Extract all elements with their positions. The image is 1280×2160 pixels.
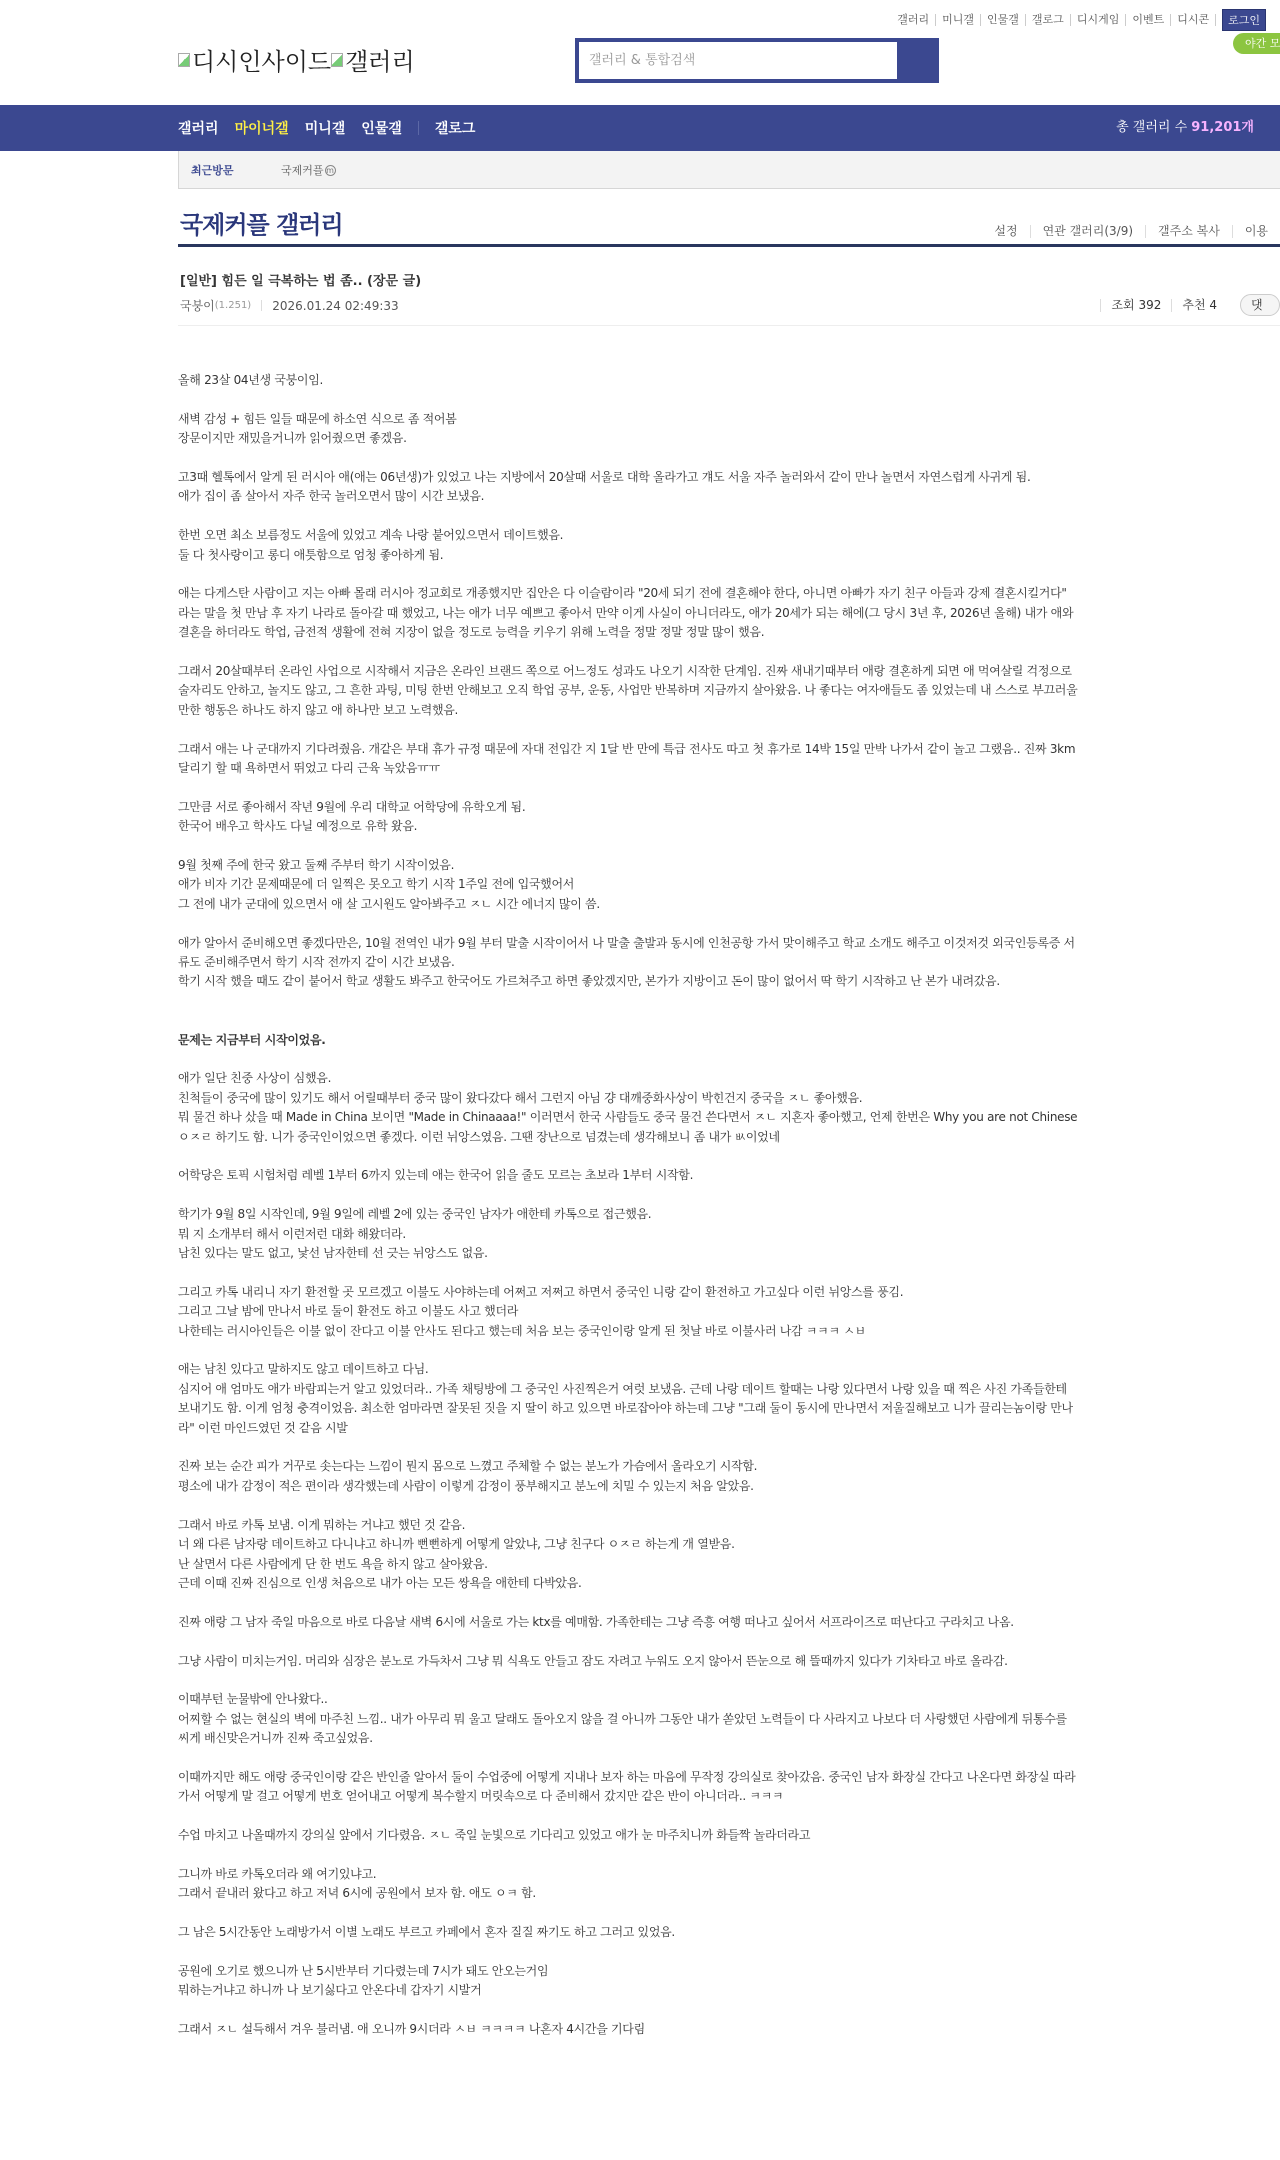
body-line: 그래서 바로 카톡 보냄. 이게 뭐하는 거냐고 했던 것 같음. <box>178 1516 1078 1535</box>
body-line: 애는 다게스탄 사람이고 지는 아빠 몰래 러시아 정교회로 개종했지만 집안은… <box>178 584 1078 642</box>
body-line: 어찌할 수 없는 현실의 벽에 마주친 느낌.. 내가 아무리 뭐 울고 달래도… <box>178 1710 1078 1749</box>
body-line: 둘 다 첫사랑이고 롱디 애틋함으로 엄청 좋아하게 됨. <box>178 546 1078 565</box>
body-line: 남친 있다는 말도 없고, 낯선 남자한테 선 긋는 뉘앙스도 없음. <box>178 1244 1078 1263</box>
comment-button[interactable]: 댓 <box>1240 294 1280 316</box>
post-date: 2026.01.24 02:49:33 <box>272 299 398 313</box>
recent-visit-bar: 최근방문 국제커플m <box>178 151 1280 189</box>
nav-item[interactable]: 인물갤 <box>361 118 402 138</box>
recommend-count: 추천 4 <box>1171 299 1227 312</box>
nav-item[interactable]: 갤러리 <box>178 118 219 138</box>
body-line: 근데 이때 진짜 진심으로 인생 처음으로 내가 아는 모든 쌍욕을 애한테 다… <box>178 1574 1078 1593</box>
body-line: 애가 비자 기간 문제때문에 더 일찍은 못오고 학기 시작 1주일 전에 입국… <box>178 875 1078 894</box>
body-line <box>178 1943 1078 1962</box>
body-line: 9월 첫째 주에 한국 왔고 둘째 주부터 학기 시작이었음. <box>178 856 1078 875</box>
body-line <box>178 2001 1078 2020</box>
minor-gallery-icon: m <box>325 165 336 176</box>
body-line: 문제는 지금부터 시작이었음. <box>178 1031 1078 1050</box>
body-line: 그래서 20살때부터 온라인 사업으로 시작해서 지금은 온라인 브랜드 쪽으로… <box>178 662 1078 720</box>
body-line: 뭐 지 소개부터 해서 이런저런 대화 해왔더라. <box>178 1225 1078 1244</box>
night-mode-button[interactable]: 야간 모드 <box>1233 33 1280 54</box>
gallery-link[interactable]: 연관 갤러리(3/9) <box>1030 225 1145 238</box>
body-line <box>178 1904 1078 1923</box>
search-input[interactable] <box>579 42 897 79</box>
body-line <box>178 1496 1078 1515</box>
gallery-link[interactable]: 이용 <box>1232 225 1280 238</box>
body-line <box>178 643 1078 662</box>
body-line: 그니까 바로 카톡오더라 왜 여기있냐고. <box>178 1865 1078 1884</box>
top-link[interactable]: 디시콘 <box>1171 14 1216 26</box>
gallery-link[interactable]: 설정 <box>982 225 1029 238</box>
body-line: 뭐 물건 하나 샀을 때 Made in China 보이면 "Made in … <box>178 1108 1078 1147</box>
body-line: 그만큼 서로 좋아해서 작년 9월에 우리 대학교 어학당에 유학오게 됨. <box>178 798 1078 817</box>
top-link[interactable]: 갤러리 <box>891 14 936 26</box>
post-stats: 조회 392 추천 4 댓 <box>1100 294 1280 316</box>
body-line <box>178 1749 1078 1768</box>
body-line <box>178 1593 1078 1612</box>
total-gallery-count: 총 갤러리 수 91,201개 <box>1116 105 1254 151</box>
body-line: 학기 시작 했을 때도 같이 붙어서 학교 생활도 봐주고 한국어도 가르쳐주고… <box>178 972 1078 991</box>
login-button[interactable]: 로그인 <box>1222 9 1266 31</box>
body-line: 올해 23살 04년생 국붕이임. <box>178 371 1078 390</box>
body-line: 이때까지만 해도 애랑 중국인이랑 같은 반인줄 알아서 둘이 수업중에 어떻게… <box>178 1768 1078 1807</box>
body-line: 진짜 보는 순간 피가 거꾸로 솟는다는 느낌이 뭔지 몸으로 느꼈고 주체할 … <box>178 1457 1078 1476</box>
post-author-ip: (1.251) <box>215 300 251 311</box>
search-box <box>575 38 939 83</box>
body-line: 그냥 사람이 미치는거임. 머리와 심장은 분노로 가득차서 그냥 뭐 식욕도 … <box>178 1652 1078 1671</box>
body-line <box>178 1186 1078 1205</box>
body-line <box>178 914 1078 933</box>
body-line: 애가 일단 친중 사상이 심했음. <box>178 1069 1078 1088</box>
gallery-links: 설정연관 갤러리(3/9)갤주소 복사이용 <box>982 225 1280 238</box>
body-line: 장문이지만 재밌을거니까 읽어줬으면 좋겠음. <box>178 429 1078 448</box>
post-body: 올해 23살 04년생 국붕이임.새벽 감성 + 힘든 일들 때문에 하소연 식… <box>178 371 1078 2040</box>
top-link[interactable]: 이벤트 <box>1126 14 1171 26</box>
count-label: 총 갤러리 수 <box>1116 120 1191 135</box>
body-line <box>178 992 1078 1011</box>
body-line: 학기가 9월 8일 시작인데, 9월 9일에 레벨 2에 있는 중국인 남자가 … <box>178 1205 1078 1224</box>
body-line: 친척들이 중국에 많이 있기도 해서 어릴때부터 중국 많이 왔다갔다 해서 그… <box>178 1089 1078 1108</box>
main-nav-items: 갤러리마이너갤미니갤인물갤갤로그 <box>178 105 491 151</box>
post-meta: 국붕이(1.251) 2026.01.24 02:49:33 <box>180 297 399 314</box>
body-line: 애는 남친 있다고 말하지도 않고 데이트하고 다님. <box>178 1360 1078 1379</box>
body-line <box>178 1147 1078 1166</box>
body-line <box>178 1050 1078 1069</box>
body-line <box>178 1846 1078 1865</box>
body-line: 그리고 카톡 내리니 자기 환전할 곳 모르겠고 이불도 사야하는데 어쩌고 저… <box>178 1283 1078 1302</box>
body-line: 심지어 애 엄마도 애가 바람피는거 알고 있었더라.. 가족 채팅방에 그 중… <box>178 1380 1078 1438</box>
top-link[interactable]: 갤로그 <box>1026 14 1071 26</box>
gallery-header: 국제커플 갤러리 설정연관 갤러리(3/9)갤주소 복사이용 <box>178 195 1280 247</box>
recent-gallery-link[interactable]: 국제커플m <box>281 162 336 178</box>
body-line <box>178 1341 1078 1360</box>
nav-divider <box>418 121 419 135</box>
body-line <box>178 1632 1078 1651</box>
post-author[interactable]: 국붕이 <box>180 297 215 314</box>
post-title: [일반] 힘든 일 극복하는 법 좀.. (장문 글) <box>180 270 421 289</box>
body-line <box>178 565 1078 584</box>
body-line: 그 전에 내가 군대에 있으면서 애 살 고시원도 알아봐주고 ㅈㄴ 시간 에너… <box>178 895 1078 914</box>
nav-item[interactable]: 마이너갤 <box>235 118 289 138</box>
body-line <box>178 1671 1078 1690</box>
body-line: 한국어 배우고 학사도 다닐 예정으로 유학 왔음. <box>178 817 1078 836</box>
body-line: 수업 마치고 나올때까지 강의실 앞에서 기다렸음. ㅈㄴ 죽일 눈빛으로 기다… <box>178 1826 1078 1845</box>
body-line: 진짜 애랑 그 남자 죽일 마음으로 바로 다음날 새벽 6시에 서울로 가는 … <box>178 1613 1078 1632</box>
body-line: 그래서 애는 나 군대까지 기다려줬음. 개같은 부대 휴가 규정 때문에 자대… <box>178 740 1078 779</box>
body-line: 애가 집이 좀 살아서 자주 한국 놀러오면서 많이 시간 보냈음. <box>178 487 1078 506</box>
body-line: 애가 알아서 준비해오면 좋겠다만은, 10월 전역인 내가 9월 부터 말출 … <box>178 934 1078 973</box>
broken-image-icon <box>331 53 343 67</box>
logo-section-text: 갤러리 <box>345 42 415 77</box>
top-link[interactable]: 미니갤 <box>936 14 981 26</box>
count-value: 91,201개 <box>1191 120 1254 135</box>
body-line: 너 왜 다른 남자랑 데이트하고 다니냐고 하니까 뻔뻔하게 어떻게 알았냐, … <box>178 1535 1078 1554</box>
body-line <box>178 390 1078 409</box>
body-line: 그리고 그날 밤에 만나서 바로 둘이 환전도 하고 이불도 사고 했더라 <box>178 1302 1078 1321</box>
recent-gallery-name: 국제커플 <box>281 164 324 177</box>
divider <box>261 300 262 311</box>
broken-image-icon <box>178 53 190 67</box>
body-line: 이때부턴 눈물밖에 안나왔다.. <box>178 1690 1078 1709</box>
body-line: 그 남은 5시간동안 노래방가서 이별 노래도 부르고 카페에서 혼자 질질 짜… <box>178 1923 1078 1942</box>
body-line: 뭐하는거냐고 하니까 나 보기싫다고 안온다네 갑자기 시발거 <box>178 1981 1078 2000</box>
site-logo[interactable]: 디시인사이드 갤러리 <box>178 42 415 77</box>
body-line: 고3때 헬톡에서 알게 된 러시아 애(애는 06년생)가 있었고 나는 지방에… <box>178 468 1078 487</box>
body-line <box>178 1438 1078 1457</box>
body-line: 난 살면서 다른 사람에게 단 한 번도 욕을 하지 않고 살아왔음. <box>178 1555 1078 1574</box>
nav-item[interactable]: 미니갤 <box>305 118 346 138</box>
search-button[interactable] <box>901 42 935 79</box>
body-line: 새벽 감성 + 힘든 일들 때문에 하소연 식으로 좀 적어봄 <box>178 410 1078 429</box>
body-line: 그래서 끝내러 왔다고 하고 저녁 6시에 공원에서 보자 함. 애도 ㅇㅋ 함… <box>178 1884 1078 1903</box>
body-line: 어학당은 토픽 시험처럼 레벨 1부터 6까지 있는데 애는 한국어 읽을 줄도… <box>178 1166 1078 1185</box>
body-line <box>178 1263 1078 1282</box>
body-line <box>178 837 1078 856</box>
body-line <box>178 778 1078 797</box>
body-line: 공원에 오기로 했으니까 난 5시반부터 기다렸는데 7시가 돼도 안오는거임 <box>178 1962 1078 1981</box>
top-link[interactable]: 인물갤 <box>981 14 1026 26</box>
body-line: 그래서 ㅈㄴ 설득해서 겨우 불러냄. 애 오니까 9시더라 ㅅㅂ ㅋㅋㅋㅋ 나… <box>178 2020 1078 2039</box>
body-line <box>178 1807 1078 1826</box>
top-link[interactable]: 디시게임 <box>1071 14 1127 26</box>
logo-site-text: 디시인사이드 <box>192 42 331 77</box>
body-line <box>178 720 1078 739</box>
top-utility-links: 갤러리미니갤인물갤갤로그디시게임이벤트디시콘로그인 <box>891 9 1266 31</box>
recent-visit-label[interactable]: 최근방문 <box>179 162 281 178</box>
main-nav: 갤러리마이너갤미니갤인물갤갤로그 총 갤러리 수 91,201개 <box>0 105 1280 151</box>
body-line: 한번 오면 최소 보름정도 서울에 있었고 계속 나랑 붙어있으면서 데이트했음… <box>178 526 1078 545</box>
body-line: 나한테는 러시아인들은 이불 없이 잔다고 이불 안사도 된다고 했는데 처음 … <box>178 1322 1078 1341</box>
body-line <box>178 449 1078 468</box>
post-header: [일반] 힘든 일 극복하는 법 좀.. (장문 글) 국붕이(1.251) 2… <box>178 250 1280 326</box>
body-line <box>178 1011 1078 1030</box>
nav-item[interactable]: 갤로그 <box>435 118 476 138</box>
gallery-title[interactable]: 국제커플 갤러리 <box>180 205 343 240</box>
gallery-link[interactable]: 갤주소 복사 <box>1145 225 1232 238</box>
body-line: 평소에 내가 감정이 적은 편이라 생각했는데 사람이 이렇게 감정이 풍부해지… <box>178 1477 1078 1496</box>
body-line <box>178 507 1078 526</box>
view-count: 조회 392 <box>1100 299 1171 312</box>
